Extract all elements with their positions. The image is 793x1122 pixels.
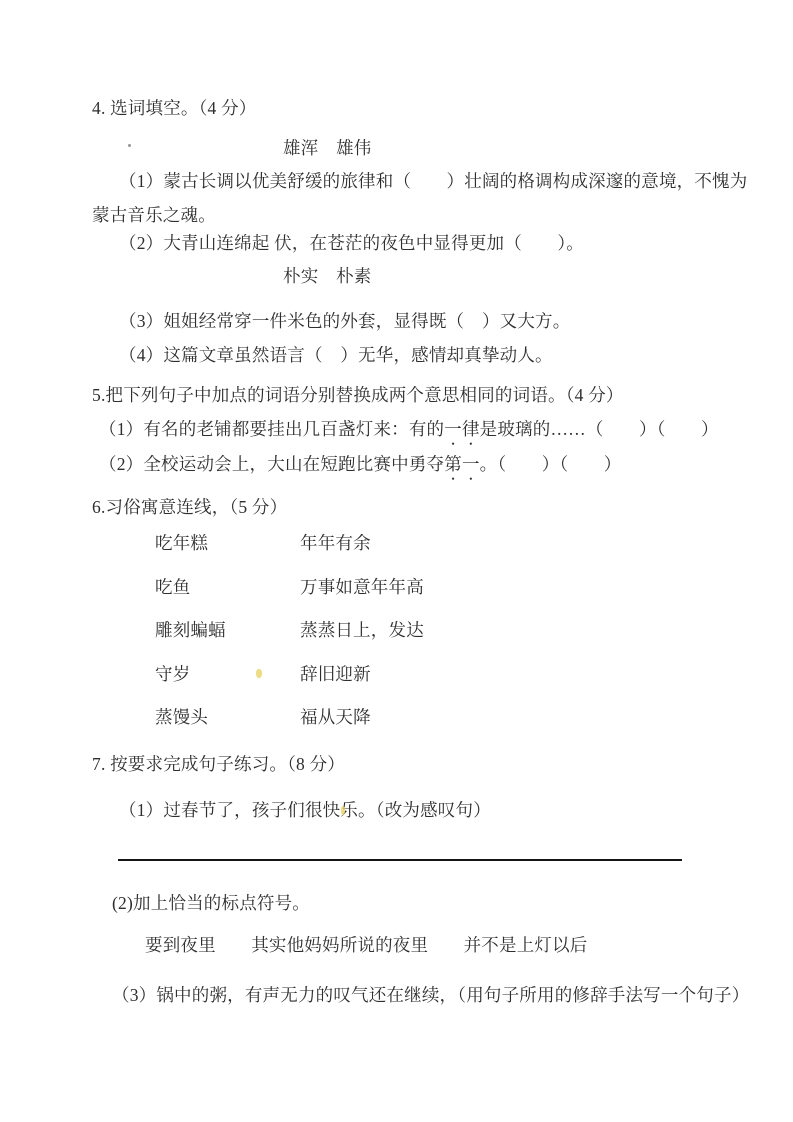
q6-left-item: 吃年糕 xyxy=(155,532,208,554)
q5-item-2: （2）全校运动会上，大山在短跑比赛中勇夺第一。（ ）（ ） xyxy=(99,453,621,484)
q4-item-4: （4）这篇文章虽然语言（ ）无华，感情却真挚动人。 xyxy=(119,344,553,366)
q5-item-1-post: 是玻璃的……（ ）（ ） xyxy=(480,419,719,439)
q5-item-1-dotted-word: 一律 xyxy=(444,419,479,439)
q6-right-item: 福从天降 xyxy=(300,706,371,728)
q5-item-2-pre: （2）全校运动会上，大山在短跑比赛中勇夺 xyxy=(99,454,444,474)
q6-left-item: 吃鱼 xyxy=(155,576,190,598)
q7-item-1: （1）过春节了，孩子们很快乐。（改为感叹句） xyxy=(119,799,491,821)
q6-right-item: 辞旧迎新 xyxy=(300,663,371,685)
q6-right-item: 万事如意年年高 xyxy=(300,576,424,598)
q6-left-item: 守岁 xyxy=(155,663,190,685)
scan-speck xyxy=(128,144,131,147)
q6-right-item: 年年有余 xyxy=(300,532,371,554)
q7-heading: 7. 按要求完成句子练习。（8 分） xyxy=(92,753,345,775)
q6-left-item: 蒸馒头 xyxy=(155,706,208,728)
q7-item-3: （3）锅中的粥，有声无力的叹气还在继续，（用句子所用的修辞手法写一个句子） xyxy=(112,984,749,1006)
q5-item-2-dotted-word: 第一 xyxy=(444,454,479,474)
q4-item-1-line-1: （1）蒙古长调以优美舒缓的旅律和（ ）壮阔的格调构成深邃的意境，不愧为 xyxy=(119,170,747,192)
q4-item-1-line-2: 蒙古音乐之魂。 xyxy=(92,204,216,226)
q6-left-item: 雕刻蝙蝠 xyxy=(155,619,226,641)
q6-right-item: 蒸蒸日上，发达 xyxy=(300,619,424,641)
scan-speck xyxy=(341,806,345,815)
q6-heading: 6.习俗寓意连线，（5 分） xyxy=(92,496,287,518)
q4-word-bank-1: 雄浑 雄伟 xyxy=(283,137,372,159)
answer-line xyxy=(118,859,682,861)
q4-word-bank-2: 朴实 朴素 xyxy=(283,265,372,287)
exam-page: 4. 选词填空。（4 分） 雄浑 雄伟 （1）蒙古长调以优美舒缓的旅律和（ ）壮… xyxy=(0,0,793,1122)
q5-item-2-post: 。（ ）（ ） xyxy=(480,454,622,474)
q7-item-2-sentence: 要到夜里 其实他妈妈所说的夜里 并不是上灯以后 xyxy=(145,934,588,956)
q7-item-2: (2)加上恰当的标点符号。 xyxy=(112,892,310,914)
q5-heading: 5.把下列句子中加点的词语分别替换成两个意思相同的词语。（4 分） xyxy=(92,384,624,406)
q4-heading: 4. 选词填空。（4 分） xyxy=(92,97,256,119)
q4-item-3: （3）姐姐经常穿一件米色的外套，显得既（ ）又大方。 xyxy=(119,310,570,332)
scan-speck xyxy=(256,669,262,678)
q5-item-1: （1）有名的老铺都要挂出几百盏灯来：有的一律是玻璃的……（ ）（ ） xyxy=(99,418,719,449)
q4-item-2: （2）大青山连绵起 伏，在苍茫的夜色中显得更加（ ）。 xyxy=(119,232,584,254)
q5-item-1-pre: （1）有名的老铺都要挂出几百盏灯来：有的 xyxy=(99,419,444,439)
